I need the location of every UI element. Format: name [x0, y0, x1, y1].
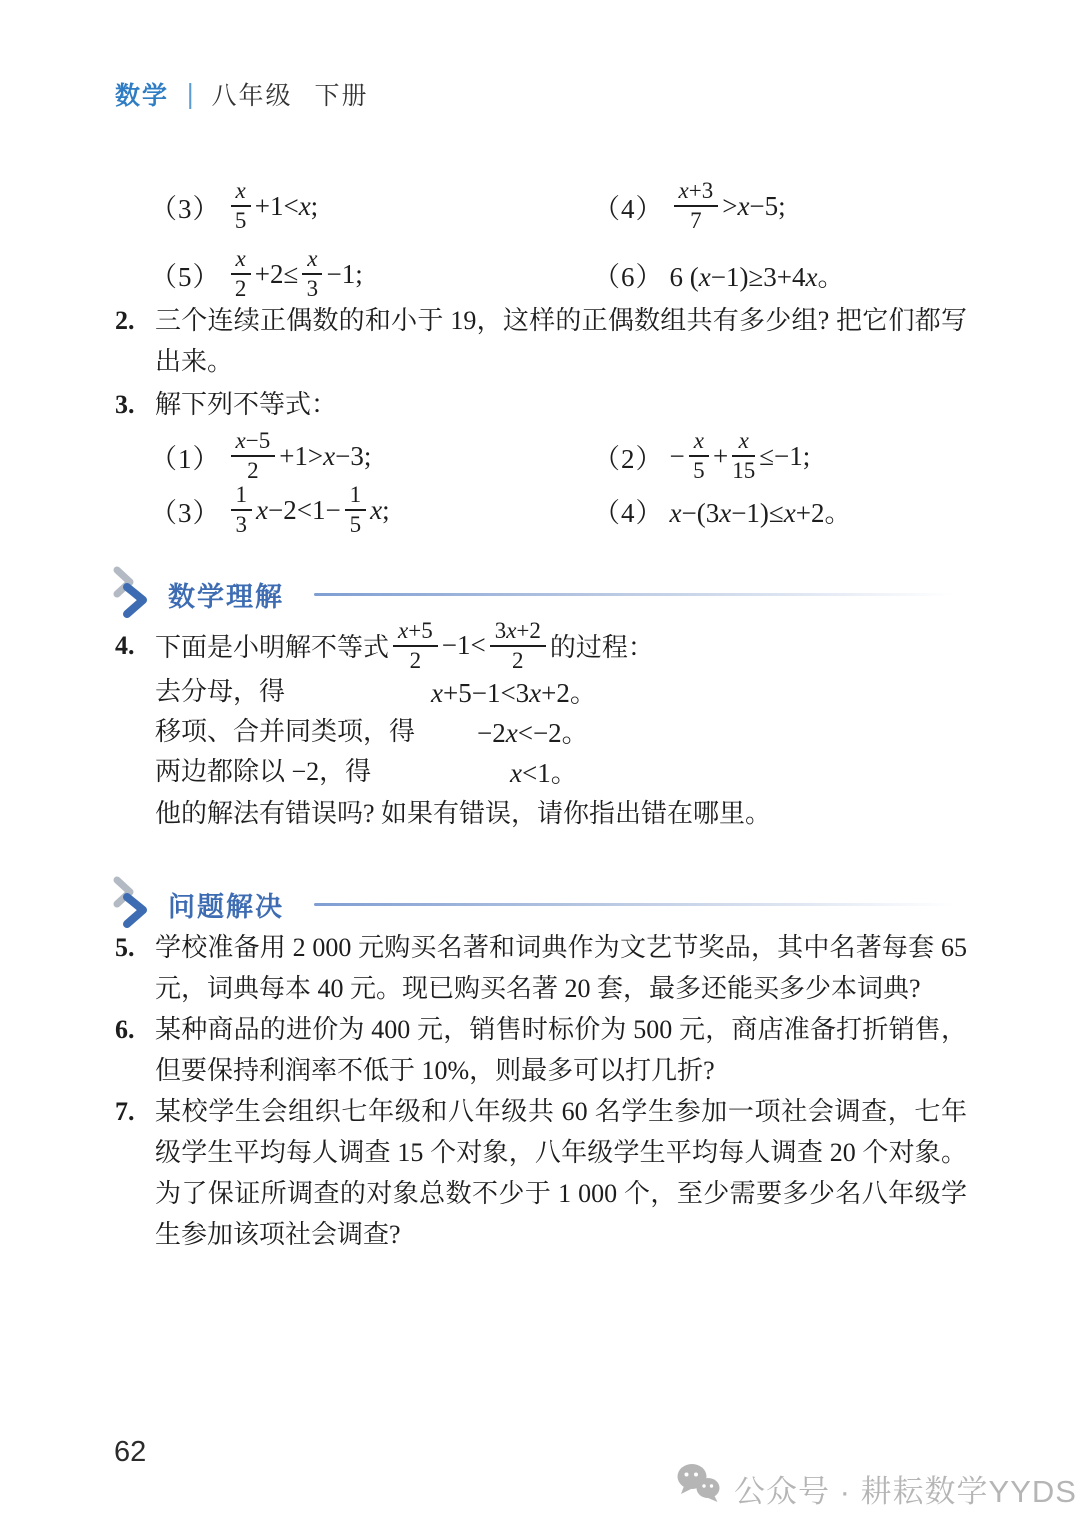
fraction-numerator: 1 — [231, 482, 253, 511]
fraction-numerator: x+3 — [674, 178, 719, 207]
step-equation: x+5−1<3x+2。 — [431, 671, 597, 710]
fraction: x2 — [231, 246, 251, 302]
fraction-denominator: 5 — [231, 207, 251, 234]
problem-number: 4. — [115, 631, 155, 661]
textbook-page: 数学 | 八年级 下册 （3） x5 +1<x; （4） x+37 >x−5; … — [0, 0, 1080, 1527]
wechat-icon — [676, 1463, 722, 1513]
problem-text: 解下列不等式： — [155, 384, 967, 425]
solution-step: 移项、合并同类项，得 −2x<−2。 — [155, 711, 955, 747]
problem-question: 他的解法有错误吗? 如果有错误，请你指出错在哪里。 — [155, 793, 967, 830]
eq-label: （4） — [593, 491, 664, 530]
fraction-denominator: 2 — [393, 647, 438, 674]
eq-label: （3） — [150, 187, 221, 226]
step-equation: −2x<−2。 — [477, 711, 589, 750]
eq-label: （2） — [593, 437, 664, 476]
fraction: 13 — [231, 482, 253, 538]
problem-6: 6. 某种商品的进价为 400 元，销售时标价为 500 元，商店准备打折销售，… — [115, 1009, 967, 1091]
fraction-numerator: x+5 — [393, 618, 438, 647]
problem-number: 6. — [115, 1009, 155, 1091]
eq-label: （4） — [593, 187, 664, 226]
eq-expression: + — [713, 441, 728, 472]
eq-expression: x−(3x−1)≤x+2。 — [670, 491, 852, 530]
solution-step: 两边都除以 −2，得 x<1。 — [155, 751, 955, 787]
eq-expression: −1< — [442, 630, 486, 661]
fraction-numerator: x — [231, 246, 251, 275]
section-rule — [314, 593, 954, 596]
fraction-numerator: 3x+2 — [490, 618, 546, 647]
fraction: 3x+22 — [490, 618, 546, 674]
step-label: 去分母，得 — [155, 671, 285, 708]
section-header-understanding: 数学理解 — [110, 566, 970, 623]
fraction: x3 — [302, 246, 322, 302]
fraction: 15 — [345, 482, 367, 538]
equation-row: （3） 13 x−2<1− 15 x; （4） x−(3x−1)≤x+2。 — [150, 476, 990, 544]
subject-label: 数学 — [115, 76, 169, 112]
section-header-solving: 问题解决 — [110, 876, 970, 933]
eq-expression: −1; — [326, 259, 362, 290]
problem-2: 2. 三个连续正偶数的和小于 19，这样的正偶数组共有多少组? 把它们都写出来。 — [115, 300, 967, 382]
fraction-denominator: 5 — [345, 511, 367, 538]
problem-text: 三个连续正偶数的和小于 19，这样的正偶数组共有多少组? 把它们都写出来。 — [155, 300, 967, 382]
section-title: 问题解决 — [168, 885, 284, 924]
problem-text: 下面是小明解不等式 — [155, 627, 389, 664]
eq-label: （5） — [150, 255, 221, 294]
fraction-numerator: x — [689, 428, 709, 457]
header-divider: | — [187, 78, 194, 110]
fraction: x5 — [231, 178, 251, 234]
problem-text: 某校学生会组织七年级和八年级共 60 名学生参加一项社会调查，七年级学生平均每人… — [155, 1091, 967, 1255]
eq-label: （1） — [150, 437, 221, 476]
eq-expression: >x−5; — [722, 191, 785, 222]
volume-label: 下册 — [315, 76, 369, 112]
fraction: x+52 — [393, 618, 438, 674]
fraction-numerator: x — [231, 178, 251, 207]
section-title: 数学理解 — [168, 575, 284, 614]
step-label: 移项、合并同类项，得 — [155, 711, 415, 748]
watermark: 公众号 · 耕耘数学YYDS — [676, 1463, 1077, 1513]
eq-expression: x−2<1− — [256, 495, 341, 526]
fraction-numerator: x — [732, 428, 755, 457]
problem-7: 7. 某校学生会组织七年级和八年级共 60 名学生参加一项社会调查，七年级学生平… — [115, 1091, 967, 1255]
eq-expression: − — [670, 441, 685, 472]
equation-3: （3） x5 +1<x; — [150, 170, 593, 242]
fraction-numerator: x — [302, 246, 322, 275]
page-header: 数学 | 八年级 下册 — [115, 76, 369, 112]
fraction-denominator: 3 — [302, 275, 322, 302]
watermark-text: 公众号 · 耕耘数学YYDS — [734, 1466, 1077, 1511]
double-chevron-icon — [110, 876, 160, 933]
fraction-numerator: 1 — [345, 482, 367, 511]
fraction-denominator: 7 — [674, 207, 719, 234]
fraction-denominator: 2 — [490, 647, 546, 674]
problem-text: 某种商品的进价为 400 元，销售时标价为 500 元，商店准备打折销售，但要保… — [155, 1009, 967, 1091]
fraction: x+37 — [674, 178, 719, 234]
eq-expression: ≤−1; — [759, 441, 810, 472]
problem-number: 3. — [115, 384, 155, 425]
problem-text: 学校准备用 2 000 元购买名著和词典作为文艺节奖品，其中名著每套 65 元，… — [155, 927, 967, 1009]
problem-3: 3. 解下列不等式： — [115, 384, 967, 425]
problem-number: 2. — [115, 300, 155, 382]
grade-label: 八年级 — [212, 76, 293, 112]
fraction-denominator: 3 — [231, 511, 253, 538]
fraction-numerator: x−5 — [231, 428, 276, 457]
equation-row: （3） x5 +1<x; （4） x+37 >x−5; — [150, 170, 990, 242]
problem-4: 4. 下面是小明解不等式 x+52 −1< 3x+22 的过程： — [115, 618, 654, 674]
problem-number: 5. — [115, 927, 155, 1009]
eq-expression: 6 (x−1)≥3+4x。 — [670, 255, 845, 294]
section-rule — [314, 903, 954, 906]
eq-expression: +1<x; — [255, 191, 318, 222]
problem-text: 的过程： — [550, 627, 654, 664]
step-equation: x<1。 — [510, 751, 578, 790]
problem-5: 5. 学校准备用 2 000 元购买名著和词典作为文艺节奖品，其中名著每套 65… — [115, 927, 967, 1009]
eq-expression: +2≤ — [255, 259, 299, 290]
step-label: 两边都除以 −2，得 — [155, 751, 371, 788]
eq-expression: x; — [370, 495, 390, 526]
eq-label: （6） — [593, 255, 664, 294]
equation-4: （4） x+37 >x−5; — [593, 170, 990, 242]
equation-3-4: （4） x−(3x−1)≤x+2。 — [593, 476, 990, 544]
page-number: 62 — [114, 1436, 146, 1469]
problem-number: 7. — [115, 1091, 155, 1255]
equation-3-3: （3） 13 x−2<1− 15 x; — [150, 476, 593, 544]
eq-label: （3） — [150, 491, 221, 530]
solution-step: 去分母，得 x+5−1<3x+2。 — [155, 671, 955, 707]
fraction-denominator: 2 — [231, 275, 251, 302]
double-chevron-icon — [110, 566, 160, 623]
eq-expression: +1>x−3; — [279, 441, 371, 472]
